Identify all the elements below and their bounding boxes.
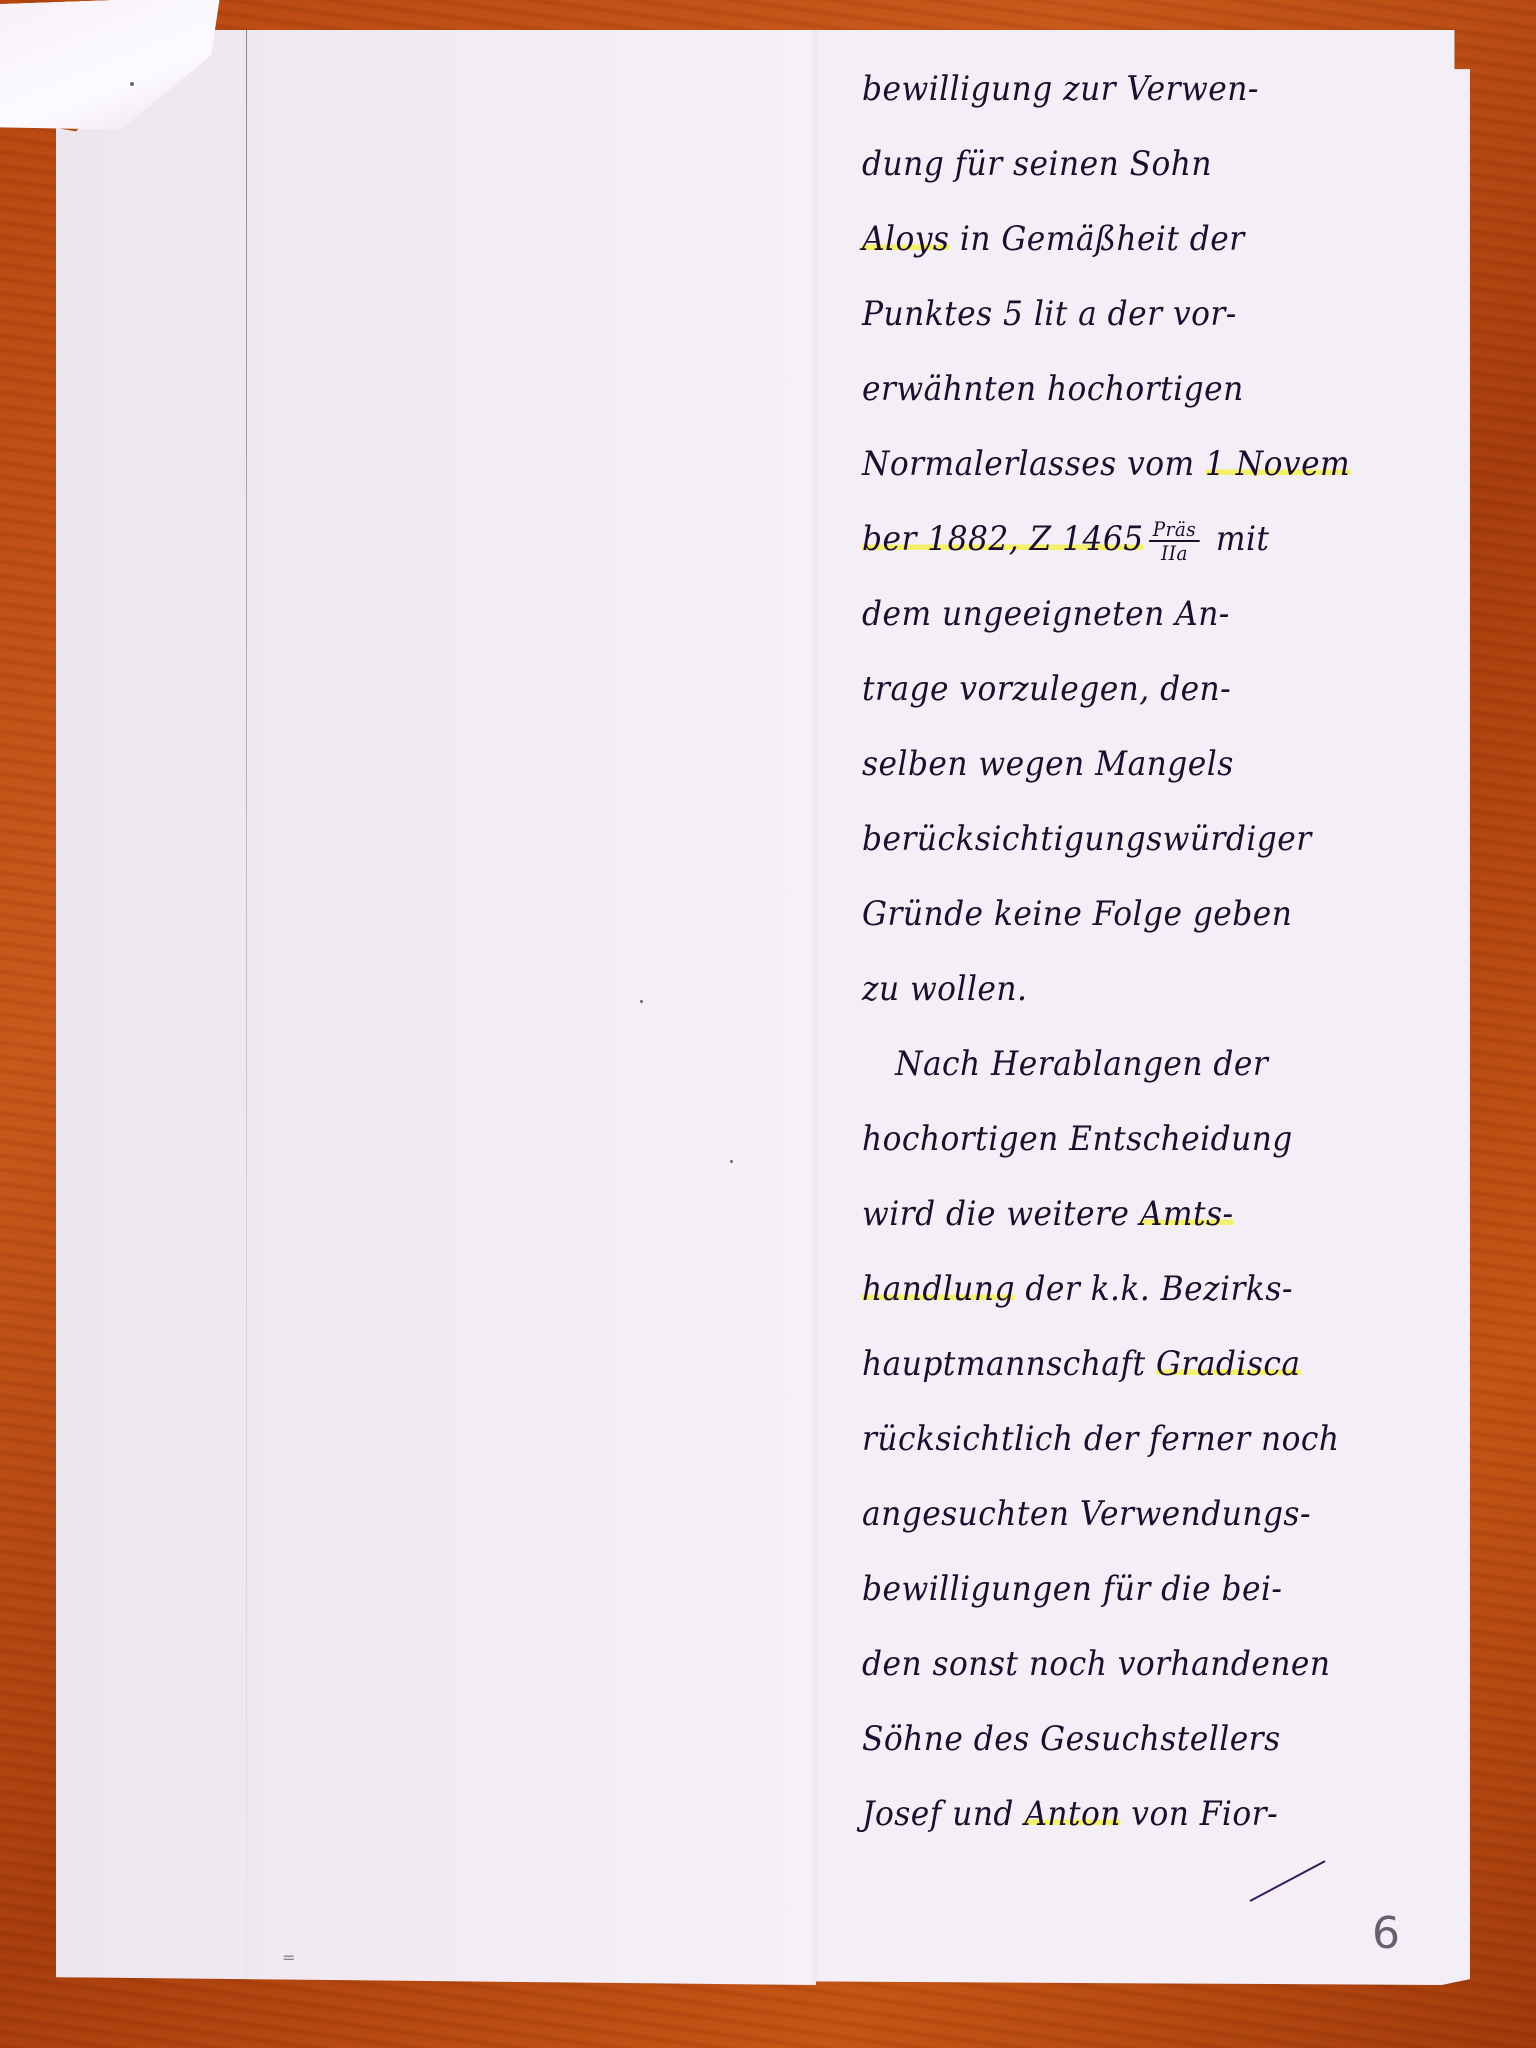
handwritten-line: den sonst noch vorhandenen xyxy=(862,1627,1432,1702)
handwritten-text-column: bewilligung zur Verwen-dung für seinen S… xyxy=(862,52,1482,1852)
handwritten-line: Josef und Anton von Fior- xyxy=(862,1777,1432,1852)
highlighted-word: Gradisca xyxy=(1156,1344,1301,1384)
file-number-fraction: PräsIIa xyxy=(1149,518,1200,564)
handwritten-line: hochortigen Entscheidung xyxy=(862,1102,1432,1177)
handwritten-line: trage vorzulegen, den- xyxy=(862,652,1432,727)
handwritten-line: wird die weitere Amts- xyxy=(862,1177,1432,1252)
handwritten-line: bewilligung zur Verwen- xyxy=(862,52,1432,127)
handwritten-line: rücksichtlich der ferner noch xyxy=(862,1402,1432,1477)
blank-left-page xyxy=(56,30,816,1985)
handwritten-line: ber 1882, Z 1465PräsIIa mit xyxy=(862,502,1432,577)
paper-speck xyxy=(730,1160,733,1163)
handwritten-line: selben wegen Mangels xyxy=(862,727,1432,802)
handwritten-line: dem ungeeigneten An- xyxy=(862,577,1432,652)
handwritten-line: berücksichtigungswürdiger xyxy=(862,802,1432,877)
highlighted-word: ber 1882, Z 1465 xyxy=(862,519,1144,559)
highlighted-word: Amts- xyxy=(1140,1194,1234,1234)
highlighted-word: handlung xyxy=(862,1269,1015,1309)
handwritten-line: handlung der k.k. Bezirks- xyxy=(862,1252,1432,1327)
handwritten-line: Aloys in Gemäßheit der xyxy=(862,202,1432,277)
highlighted-word: Aloys xyxy=(862,219,949,259)
fold-line xyxy=(246,30,247,1980)
handwritten-line: angesuchten Verwendungs- xyxy=(862,1477,1432,1552)
handwritten-line: Normalerlasses vom 1 Novem xyxy=(862,427,1432,502)
handwritten-line: Nach Herablangen der xyxy=(862,1027,1432,1102)
handwritten-line: bewilligungen für die bei- xyxy=(862,1552,1432,1627)
paper-speck xyxy=(640,1000,643,1003)
highlighted-word: Anton xyxy=(1024,1794,1121,1834)
pencil-tick-mark: = xyxy=(282,1948,295,1967)
handwritten-line: erwähnten hochortigen xyxy=(862,352,1432,427)
highlighted-word: 1 Novem xyxy=(1205,444,1350,484)
handwritten-line: Söhne des Gesuchstellers xyxy=(862,1702,1432,1777)
center-crease xyxy=(810,30,820,1985)
handwritten-line: Gründe keine Folge geben xyxy=(862,877,1432,952)
paper-speck xyxy=(130,82,134,86)
handwritten-line: hauptmannschaft Gradisca xyxy=(862,1327,1432,1402)
handwritten-line: dung für seinen Sohn xyxy=(862,127,1432,202)
handwritten-line: Punktes 5 lit a der vor- xyxy=(862,277,1432,352)
page-number: 6 xyxy=(1372,1908,1400,1959)
handwritten-line: zu wollen. xyxy=(862,952,1432,1027)
